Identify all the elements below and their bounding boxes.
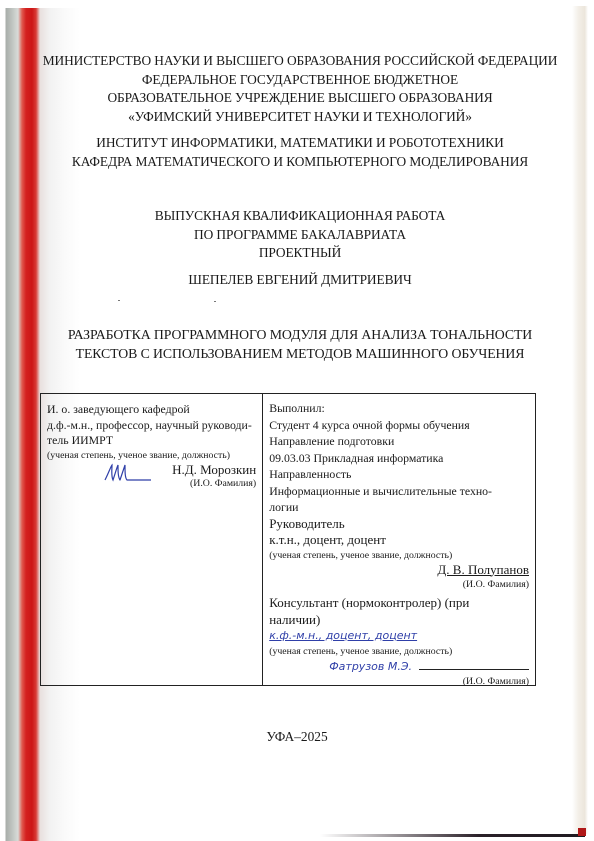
university-name: «УФИМСКИЙ УНИВЕРСИТЕТ НАУКИ И ТЕХНОЛОГИЙ… [30, 108, 570, 127]
scan-speck [214, 301, 216, 302]
consultant-hint: (ученая степень, ученое звание, должност… [269, 645, 529, 658]
work-type-line: ПРОЕКТНЫЙ [30, 244, 570, 263]
work-type-line: ВЫПУСКНАЯ КВАЛИФИКАЦИОННАЯ РАБОТА [30, 207, 570, 226]
ministry-line: ОБРАЗОВАТЕЛЬНОЕ УЧРЕЖДЕНИЕ ВЫСШЕГО ОБРАЗ… [30, 89, 570, 108]
consultant-label: наличии) [269, 612, 529, 629]
student-info: Студент 4 курса очной формы обучения [269, 417, 529, 434]
signature-icon [103, 462, 153, 484]
work-type-line: ПО ПРОГРАММЕ БАКАЛАВРИАТА [30, 226, 570, 245]
title-page: МИНИСТЕРСТВО НАУКИ И ВЫСШЕГО ОБРАЗОВАНИЯ… [0, 0, 594, 841]
consultant-label: Консультант (нормоконтролер) (при [269, 595, 529, 612]
focus-value: Информационные и вычислительные техно- [269, 483, 529, 500]
thesis-title-line: РАЗРАБОТКА ПРОГРАММНОГО МОДУЛЯ ДЛЯ АНАЛИ… [30, 325, 570, 344]
focus-value: логии [269, 499, 529, 516]
head-degree: тель ИИМРТ [47, 433, 256, 449]
ministry-line: ФЕДЕРАЛЬНОЕ ГОСУДАРСТВЕННОЕ БЮДЖЕТНОЕ [30, 71, 570, 90]
ministry-header: МИНИСТЕРСТВО НАУКИ И ВЫСШЕГО ОБРАЗОВАНИЯ… [30, 52, 570, 126]
supervisor-label: Руководитель [269, 516, 529, 533]
head-degree: д.ф.-м.н., профессор, научный руководи- [47, 418, 256, 434]
consultant-name-handwritten: Фатрузов М.Э. [329, 660, 412, 673]
thesis-title: РАЗРАБОТКА ПРОГРАММНОГО МОДУЛЯ ДЛЯ АНАЛИ… [30, 325, 570, 363]
work-type: ВЫПУСКНАЯ КВАЛИФИКАЦИОННАЯ РАБОТА ПО ПРО… [30, 207, 570, 263]
head-role: И. о. заведующего кафедрой [47, 402, 256, 418]
consultant-degree-handwritten: к.ф.-м.н., доцент, доцент [269, 628, 529, 645]
thesis-title-line: ТЕКСТОВ С ИСПОЛЬЗОВАНИЕМ МЕТОДОВ МАШИННО… [30, 344, 570, 363]
approval-table: И. о. заведующего кафедрой д.ф.-м.н., пр… [40, 393, 536, 686]
scan-speck [118, 300, 120, 301]
supervisor-hint: (ученая степень, ученое звание, должност… [269, 549, 529, 562]
supervisor-degree: к.т.н., доцент, доцент [269, 532, 529, 549]
institute-name: ИНСТИТУТ ИНФОРМАТИКИ, МАТЕМАТИКИ И РОБОТ… [30, 134, 570, 153]
head-degree-hint: (ученая степень, ученое звание, должност… [47, 449, 256, 462]
department-name: КАФЕДРА МАТЕМАТИЧЕСКОГО И КОМПЬЮТЕРНОГО … [30, 153, 570, 172]
institute-header: ИНСТИТУТ ИНФОРМАТИКИ, МАТЕМАТИКИ И РОБОТ… [30, 134, 570, 171]
performed-by-label: Выполнил: [269, 400, 529, 417]
focus-label: Направленность [269, 466, 529, 483]
direction-value: 09.03.03 Прикладная информатика [269, 450, 529, 467]
consultant-signature-row: Фатрузов М.Э. [269, 658, 529, 676]
signature-line [419, 669, 529, 670]
student-cell: Выполнил: Студент 4 курса очной формы об… [263, 394, 535, 685]
ministry-line: МИНИСТЕРСТВО НАУКИ И ВЫСШЕГО ОБРАЗОВАНИЯ… [30, 52, 570, 71]
head-of-department-cell: И. о. заведующего кафедрой д.ф.-м.н., пр… [41, 394, 263, 685]
author-name: ШЕПЕЛЕВ ЕВГЕНИЙ ДМИТРИЕВИЧ [30, 271, 570, 290]
supervisor-name-hint: (И.О. Фамилия) [269, 578, 529, 591]
author-block: ШЕПЕЛЕВ ЕВГЕНИЙ ДМИТРИЕВИЧ [30, 271, 570, 290]
supervisor-name: Д. В. Полупанов [269, 562, 529, 579]
direction-label: Направление подготовки [269, 433, 529, 450]
consultant-name-hint: (И.О. Фамилия) [269, 675, 529, 688]
city-year: УФА–2025 [0, 729, 594, 745]
